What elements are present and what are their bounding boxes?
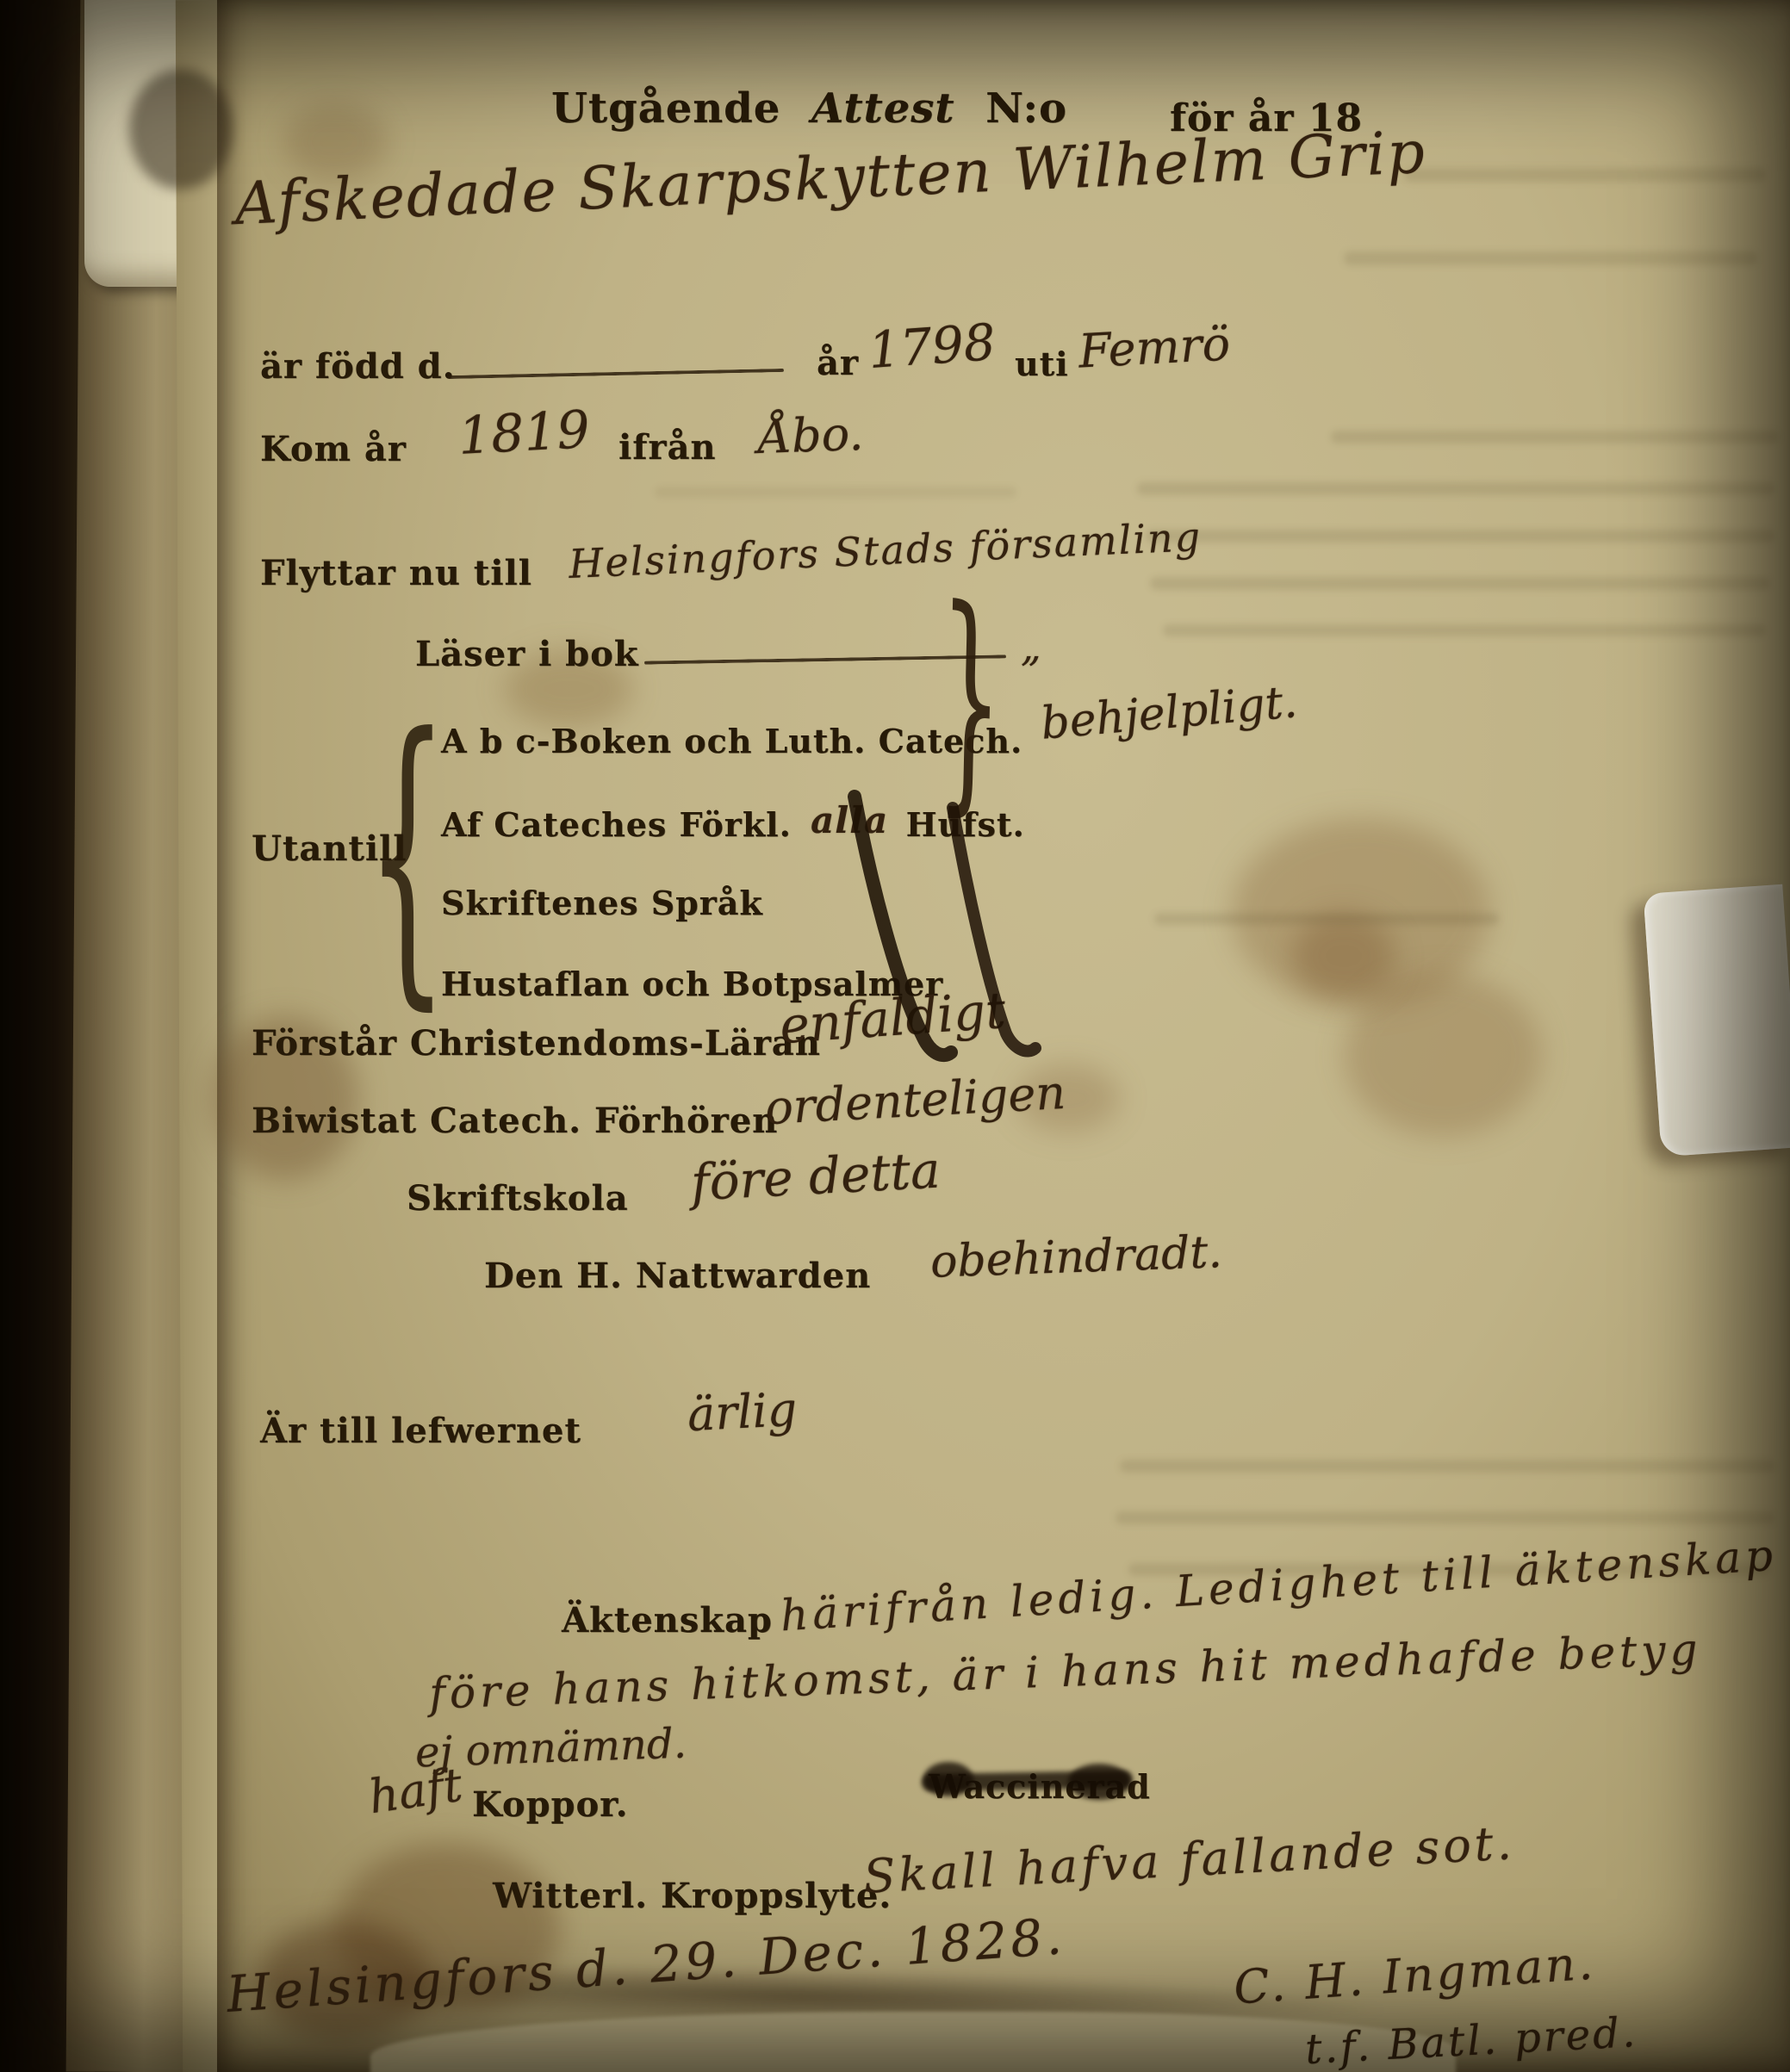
cloth-bookmark — [1644, 884, 1790, 1157]
bleedthrough-text-ghost — [1163, 624, 1766, 636]
utantill-item: Skriftenes Språk — [441, 884, 763, 922]
reads-label: Läser i bok — [415, 634, 639, 674]
bleedthrough-text-ghost — [1154, 913, 1499, 925]
marriage-label: Äktenskap — [562, 1600, 773, 1641]
bleedthrough-text-ghost — [1146, 530, 1774, 543]
closing-brace-handwritten: } — [935, 575, 1005, 822]
understands-label: Förstår Christendoms-Läran — [252, 1023, 821, 1064]
attended-label: Biwistat Catech. Förhören — [252, 1101, 778, 1141]
form-title: Utgående Attest N:o — [551, 84, 1067, 133]
bleedthrough-text-ghost — [1150, 577, 1770, 590]
born-year-label: år — [817, 343, 859, 383]
arrival-from-label: ifrån — [618, 427, 716, 468]
document-photo: Utgående Attest N:o för år 18 Afskedade … — [0, 0, 1790, 2072]
arrival-year-entry: 1819 — [457, 400, 591, 467]
arrival-place-entry: Åbo. — [757, 406, 864, 464]
ink-blot — [923, 1762, 973, 1796]
born-place-label: uti — [1015, 344, 1069, 383]
deformity-label: Witterl. Kroppslyte. — [493, 1876, 892, 1916]
bleedthrough-text-ghost — [1116, 1511, 1774, 1524]
born-label: är född d. — [260, 346, 456, 387]
communion-label: Den H. Nattwarden — [484, 1256, 871, 1296]
born-place-entry: Femrö — [1077, 316, 1231, 378]
confirmation-school-label: Skriftskola — [407, 1178, 629, 1219]
bleedthrough-text-ghost — [1120, 1460, 1774, 1473]
bleedthrough-text-ghost — [655, 487, 1016, 498]
ink-blot — [1068, 1764, 1130, 1800]
bleedthrough-text-ghost — [1344, 251, 1757, 265]
form-title-word: Utgående — [551, 84, 780, 133]
arrival-label: Kom år — [260, 429, 407, 469]
bleedthrough-text-ghost — [1331, 431, 1779, 444]
communion-entry: obehindradt. — [929, 1226, 1223, 1288]
attest-number-label: N:o — [985, 84, 1067, 133]
form-title-word: Attest — [811, 84, 954, 133]
stain — [1292, 913, 1395, 999]
inserted-word-entry: alla — [811, 799, 888, 841]
pox-label: Koppor. — [472, 1784, 629, 1825]
born-year-entry: 1798 — [867, 313, 998, 380]
bleedthrough-text-ghost — [1137, 482, 1774, 495]
conduct-entry: ärlig — [686, 1382, 798, 1442]
moving-label: Flyttar nu till — [260, 553, 532, 593]
bleedthrough-text-ghost — [1404, 168, 1766, 182]
opening-brace: { — [366, 699, 448, 1012]
utantill-item-text: Af Cateches Förkl. — [441, 805, 792, 844]
foxing-spots — [129, 69, 233, 189]
utantill-item: A b c-Boken och Luth. Catech. — [441, 722, 1022, 760]
conduct-label: Är till lefwernet — [260, 1411, 581, 1451]
ditto-mark: „ — [1021, 623, 1041, 670]
stain — [1344, 973, 1542, 1137]
